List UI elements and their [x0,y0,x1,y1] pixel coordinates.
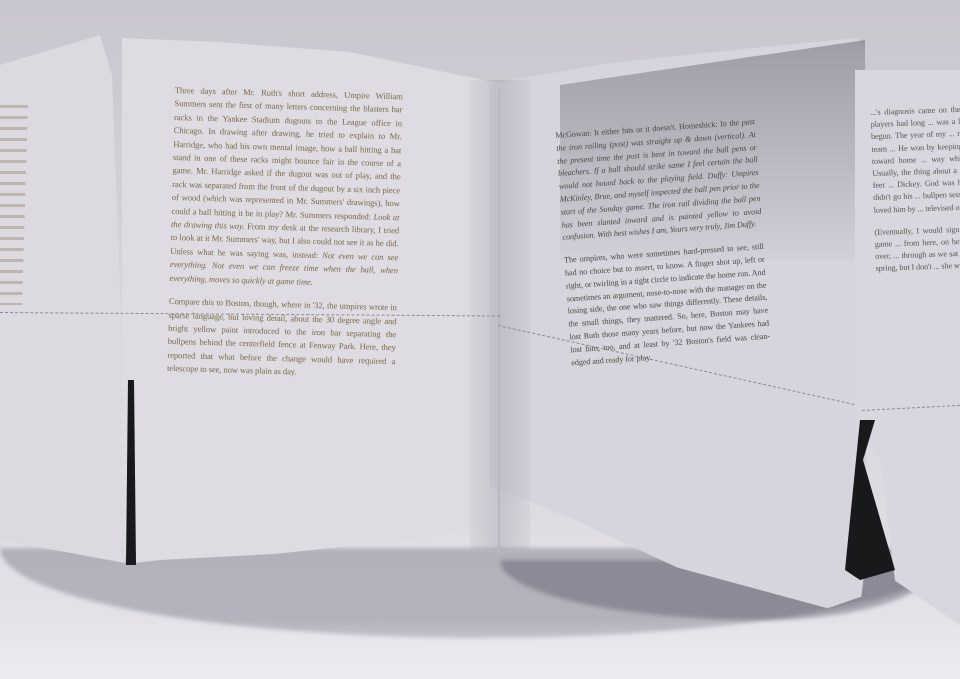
photo-scene: Three days after Mr. Ruth's short addres… [0,0,960,679]
book-gutter [498,90,500,555]
left-paragraph-2: Compare this to Boston, though, where in… [167,295,397,382]
left-paragraph-1-text: Three days after Mr. Ruth's short addres… [171,85,403,221]
left-page-text: Three days after Mr. Ruth's short addres… [167,84,403,392]
far-right-page-text: ...'s diagnosis came on the eve of ... a… [870,101,960,285]
far-right-text-clip: ...'s diagnosis came on the eve of ... a… [870,85,960,385]
right-letter: McGowan: It either hits or it doesn't. H… [555,116,763,245]
far-right-paragraph-2: (Eventually, I would sign ... watch thes… [874,221,960,276]
right-page-text: McGowan: It either hits or it doesn't. H… [555,116,772,380]
far-right-paragraph-1: ...'s diagnosis came on the eve of ... a… [870,101,960,217]
left-paragraph-1: Three days after Mr. Ruth's short addres… [169,84,403,291]
right-paragraph-2: The umpires, who were sometimes hard-pre… [564,241,772,370]
